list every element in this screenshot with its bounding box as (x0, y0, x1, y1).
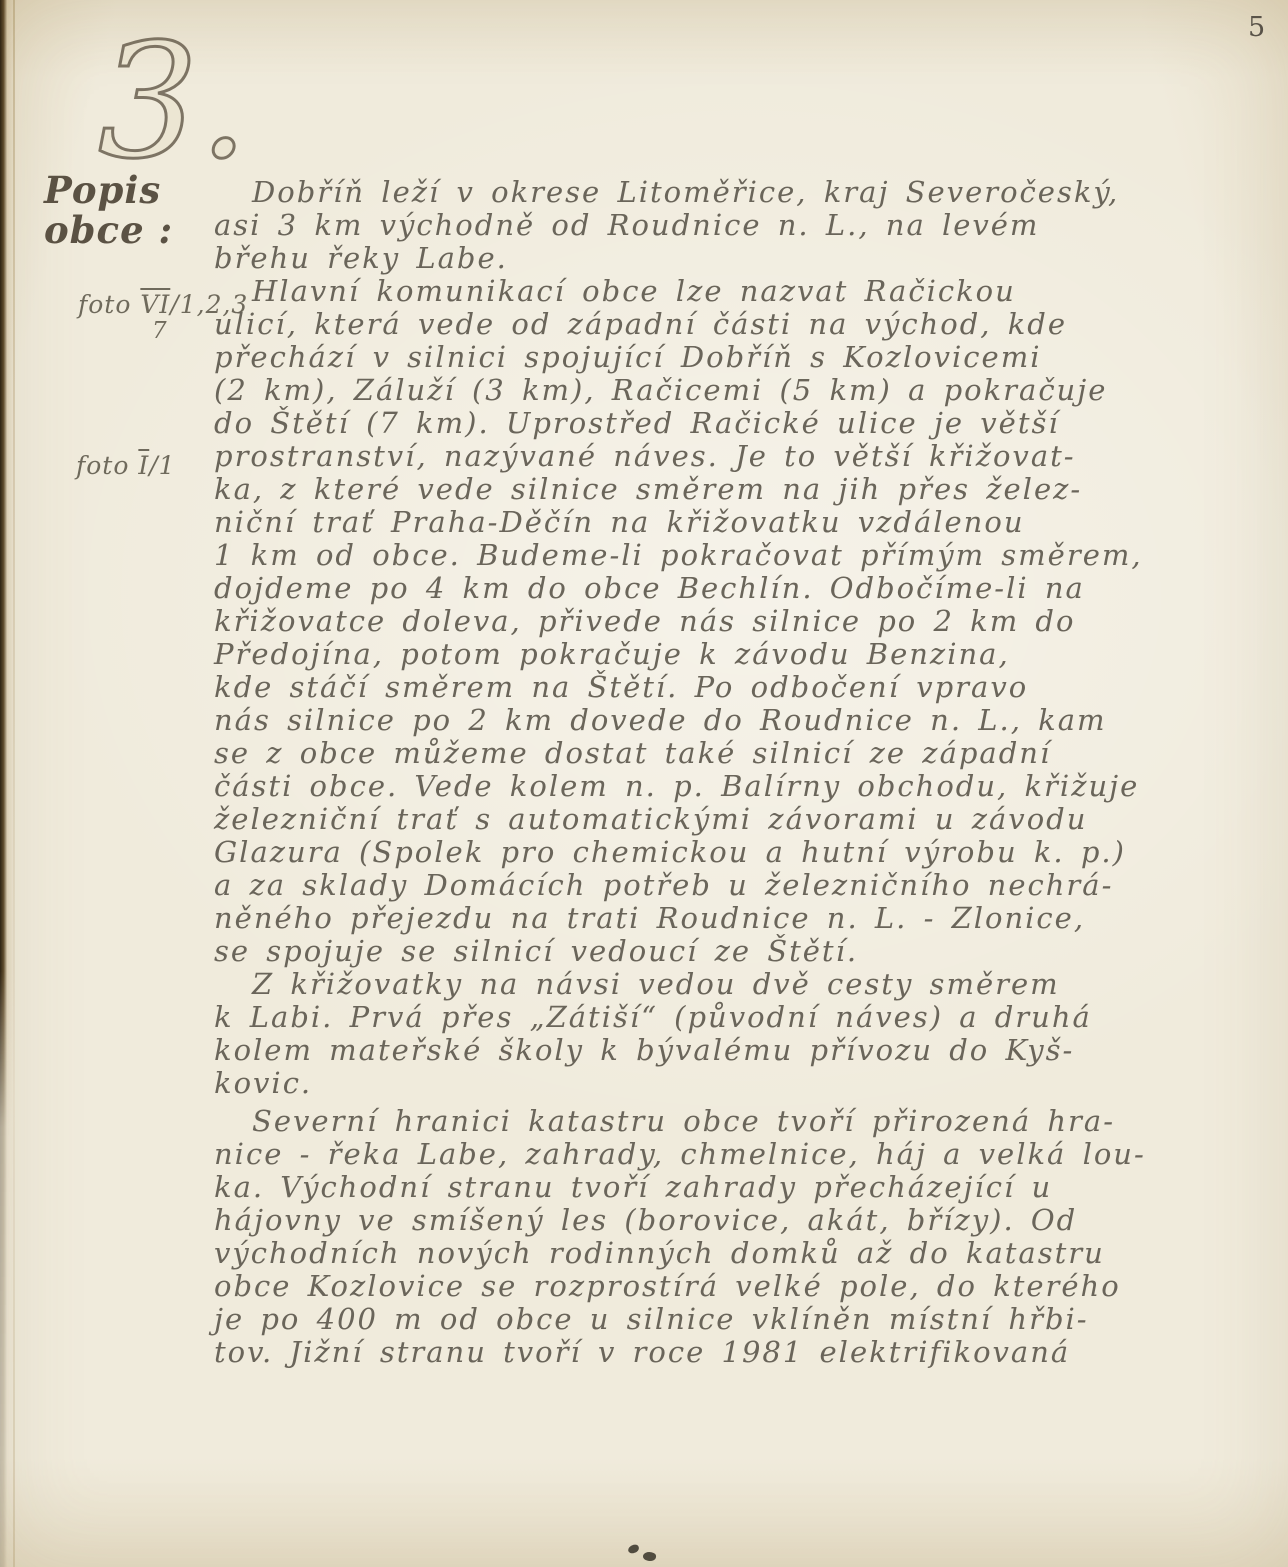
text-line: obce Kozlovice se rozprostírá velké pole… (214, 1270, 1146, 1303)
text-line: Dobříň leží v okrese Litoměřice, kraj Se… (214, 176, 1146, 209)
text-line: niční trať Praha-Děčín na křižovatku vzd… (214, 506, 1146, 539)
photo-note-2-numbers: /1 (149, 451, 175, 480)
text-line: křižovatce doleva, přivede nás silnice p… (214, 605, 1146, 638)
photo-note-1-roman-numeral: VI (140, 290, 170, 319)
paragraph: Z křižovatky na návsi vedou dvě cesty sm… (214, 968, 1146, 1100)
text-line: něného přejezdu na trati Roudnice n. L. … (214, 902, 1146, 935)
text-line: Hlavní komunikací obce lze nazvat Račick… (214, 275, 1146, 308)
photo-reference-note-2: foto I/1 (76, 452, 176, 479)
text-line: Severní hranici katastru obce tvoří přir… (214, 1105, 1146, 1138)
text-line: Glazura (Spolek pro chemickou a hutní vý… (214, 836, 1146, 869)
page-edge-crease (13, 0, 15, 1567)
text-line: do Štětí (7 km). Uprostřed Račické ulice… (214, 407, 1146, 440)
text-line: 1 km od obce. Budeme-li pokračovat přímý… (214, 539, 1146, 572)
text-line: nice - řeka Labe, zahrady, chmelnice, há… (214, 1138, 1146, 1171)
text-line: části obce. Vede kolem n. p. Balírny obc… (214, 770, 1146, 803)
margin-heading-line-2: obce : (44, 210, 173, 250)
text-line: dojdeme po 4 km do obce Bechlín. Odbočím… (214, 572, 1146, 605)
paragraph: Dobříň leží v okrese Litoměřice, kraj Se… (214, 176, 1146, 275)
text-line: východních nových rodinných domků až do … (214, 1237, 1146, 1270)
text-line: asi 3 km východně od Roudnice n. L., na … (214, 209, 1146, 242)
text-line: tov. Jižní stranu tvoří v roce 1981 elek… (214, 1336, 1146, 1369)
text-line: břehu řeky Labe. (214, 242, 1146, 275)
ink-speck (627, 1544, 640, 1555)
text-line: hájovny ve smíšený les (borovice, akát, … (214, 1204, 1146, 1237)
photo-note-2-roman-numeral: I (138, 451, 149, 480)
margin-section-heading: Popis obce : (44, 170, 173, 250)
document-page: 5 3. Popis obce : foto VI/1,2,3 7 foto I… (0, 0, 1288, 1567)
text-line: přechází v silnici spojující Dobříň s Ko… (214, 341, 1146, 374)
text-line: se z obce můžeme dostat také silnicí ze … (214, 737, 1146, 770)
text-line: k Labi. Prvá přes „Zátiší“ (původní náve… (214, 1001, 1146, 1034)
ink-speck (642, 1551, 656, 1562)
text-line: Předojína, potom pokračuje k závodu Benz… (214, 638, 1146, 671)
text-line: kde stáčí směrem na Štětí. Po odbočení v… (214, 671, 1146, 704)
body-text: Dobříň leží v okrese Litoměřice, kraj Se… (214, 176, 1146, 1369)
paragraph: Severní hranici katastru obce tvoří přir… (214, 1105, 1146, 1369)
text-line: se spojuje se silnicí vedoucí ze Štětí. (214, 935, 1146, 968)
paragraph: Hlavní komunikací obce lze nazvat Račick… (214, 275, 1146, 968)
text-line: kolem mateřské školy k bývalému přívozu … (214, 1034, 1146, 1067)
text-line: a za sklady Domácích potřeb u železniční… (214, 869, 1146, 902)
photo-note-1-prefix: foto (78, 290, 140, 319)
text-line: je po 400 m od obce u silnice vklíněn mí… (214, 1303, 1146, 1336)
text-line: železniční trať s automatickými závorami… (214, 803, 1146, 836)
text-line: kovic. (214, 1067, 1146, 1100)
text-line: ulicí, která vede od západní části na vý… (214, 308, 1146, 341)
text-line: prostranství, nazývané náves. Je to větš… (214, 440, 1146, 473)
text-line: Z křižovatky na návsi vedou dvě cesty sm… (214, 968, 1146, 1001)
text-line: ka, z které vede silnice směrem na jih p… (214, 473, 1146, 506)
chapter-numeral-text: 3. (98, 10, 249, 194)
photo-note-2-prefix: foto (76, 451, 138, 480)
text-line: (2 km), Záluží (3 km), Račicemi (5 km) a… (214, 374, 1146, 407)
page-number: 5 (1248, 12, 1266, 43)
text-line: nás silnice po 2 km dovede do Roudnice n… (214, 704, 1146, 737)
text-line: ka. Východní stranu tvoří zahrady přechá… (214, 1171, 1146, 1204)
margin-heading-line-1: Popis (44, 170, 173, 210)
